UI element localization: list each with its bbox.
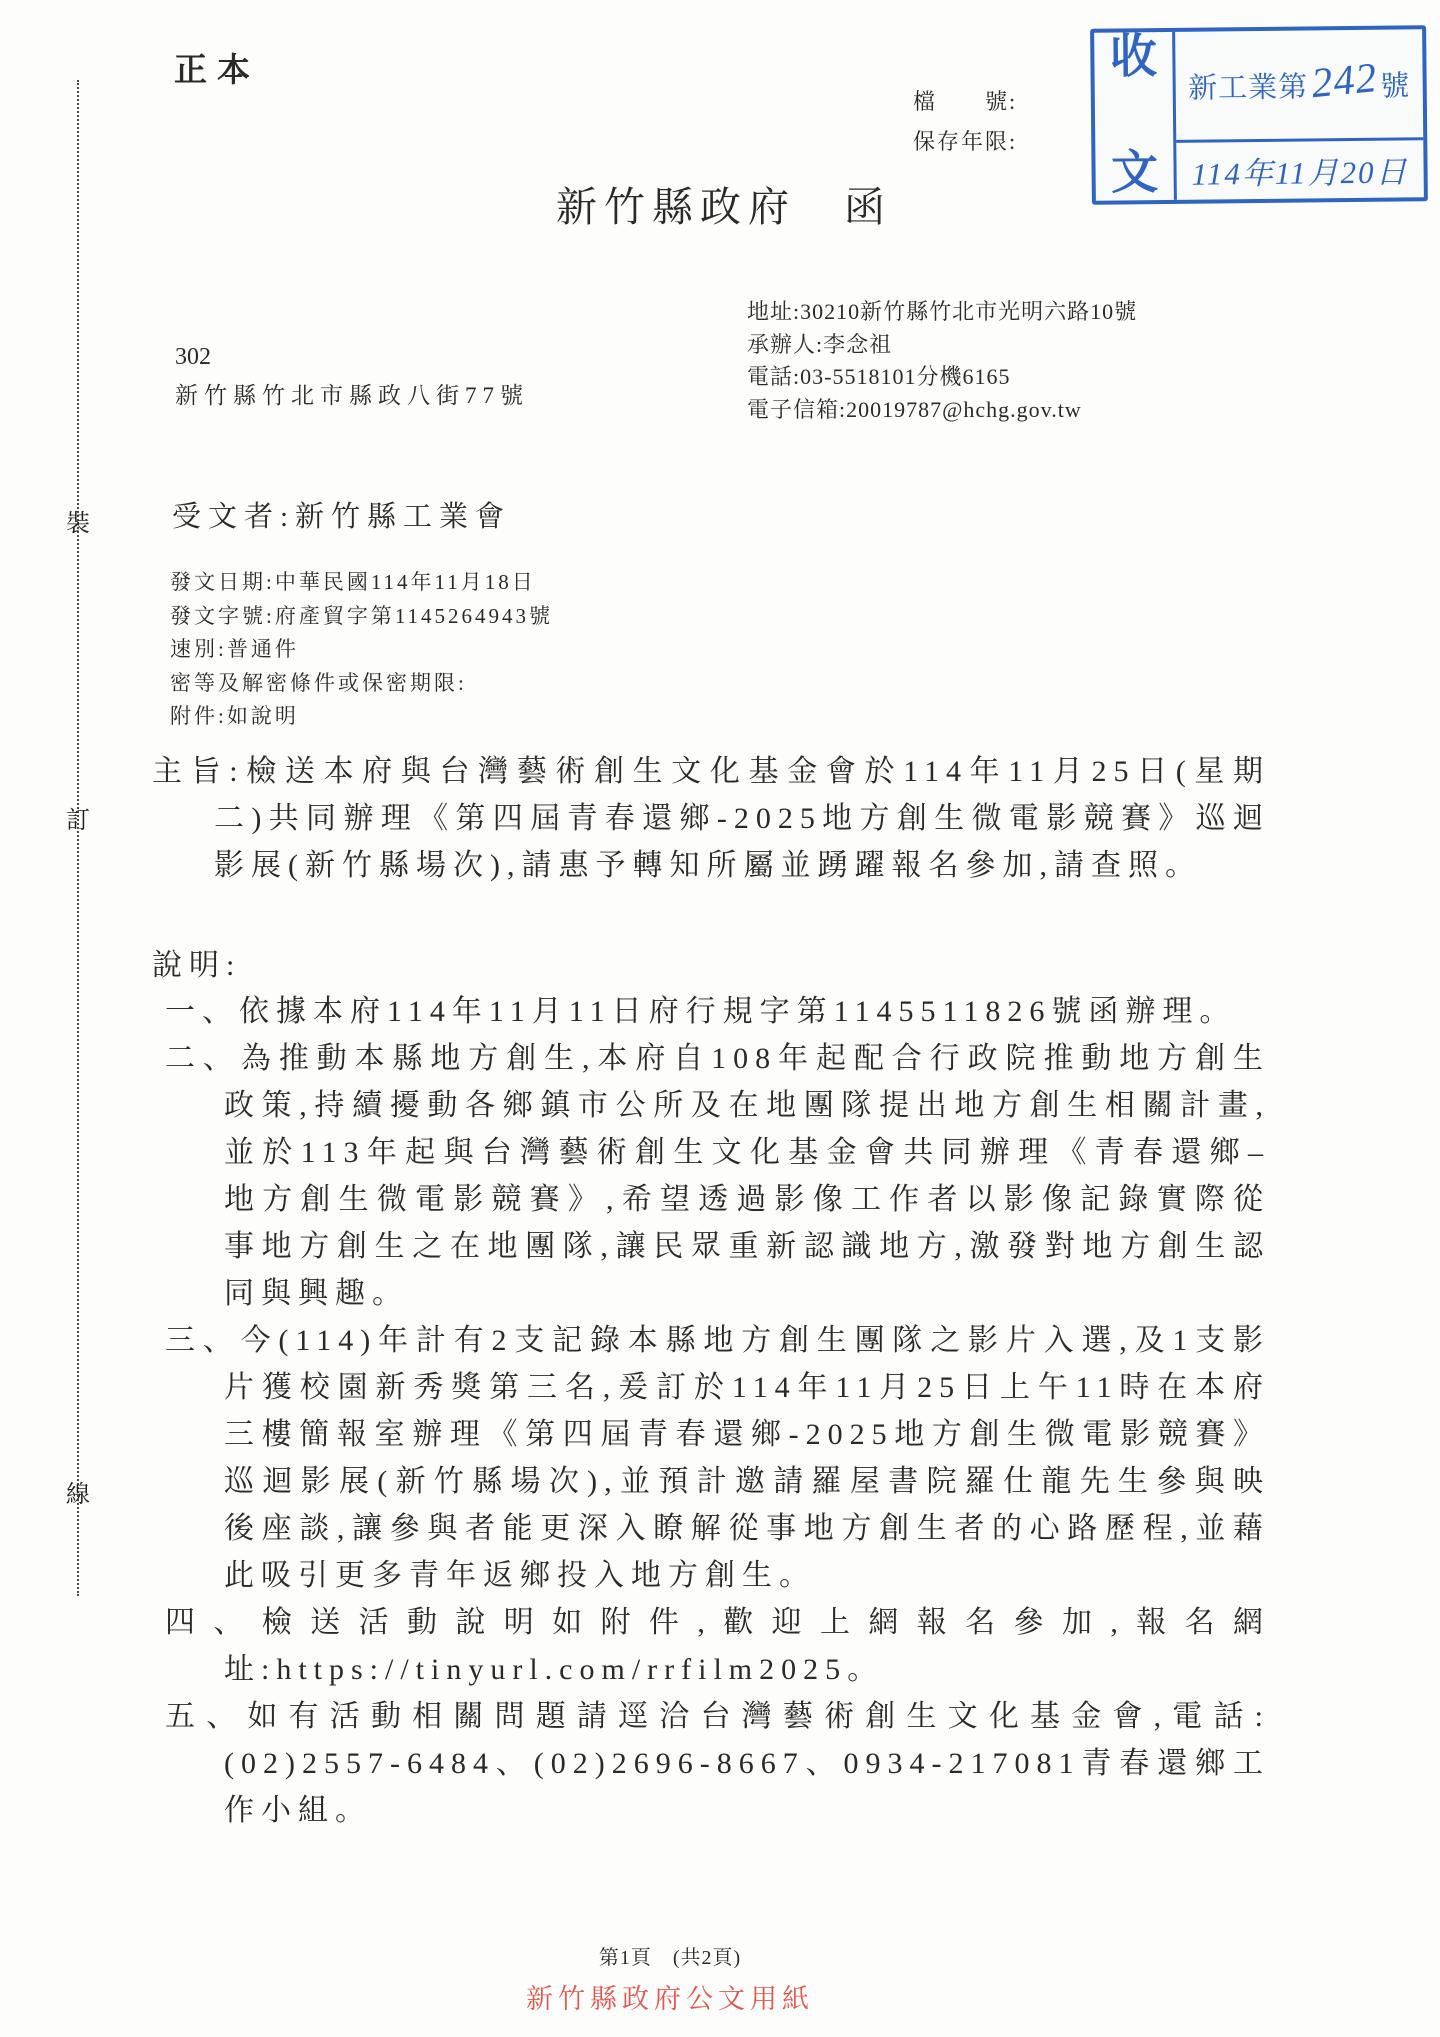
stamp-char-shou: 收 xyxy=(1110,33,1158,83)
binding-mark-ding: 訂 xyxy=(58,800,98,835)
description-item-4: 四、檢送活動說明如附件,歡迎上網報名參加,報名網址:https://tinyur… xyxy=(165,1599,1270,1693)
file-no-label: 檔 號: xyxy=(913,82,1017,122)
item-text: 如有活動相關問題請逕洽台灣藝術創生文化基金會,電話:(02)2557-6484、… xyxy=(224,1700,1270,1827)
meta-attachment: 附件:如說明 xyxy=(170,700,553,734)
item-number: 四、 xyxy=(165,1606,262,1639)
binding-dotted-line xyxy=(77,80,79,1596)
item-number: 五、 xyxy=(165,1700,247,1733)
meta-security: 密等及解密條件或保密期限: xyxy=(170,667,553,701)
meta-speed: 速別:普通件 xyxy=(170,633,553,667)
file-labels: 檔 號: 保存年限: xyxy=(913,82,1017,162)
sender-email: 電子信箱:20019787@hchg.gov.tw xyxy=(747,394,1137,427)
subject-text: 檢送本府與台灣藝術創生文化基金會於114年11月25日(星期二)共同辦理《第四屆… xyxy=(214,755,1270,882)
description-item-1: 一、依據本府114年11月11日府行規字第1145511826號函辦理。 xyxy=(165,988,1270,1035)
stamp-doc-number-prefix: 新工業第 xyxy=(1188,64,1308,106)
stamp-received-date: 114年11月20日 xyxy=(1176,140,1424,199)
subject-label: 主旨: xyxy=(152,755,245,788)
stamp-doc-number: 新工業第 242 號 xyxy=(1175,29,1423,143)
official-document-page: 裝 訂 線 正本 檔 號: 保存年限: 收 文 新工業第 242 號 114年1… xyxy=(0,0,1440,2037)
binding-mark-zhuang: 裝 xyxy=(58,503,98,538)
received-stamp: 收 文 新工業第 242 號 114年11月20日 xyxy=(1090,25,1428,205)
item-text: 今(114)年計有2支記錄本縣地方創生團隊之影片入選,及1支影片獲校園新秀獎第三… xyxy=(224,1324,1270,1592)
description-item-2: 二、為推動本縣地方創生,本府自108年起配合行政院推動地方創生政策,持續擾動各鄉… xyxy=(165,1035,1270,1317)
description-items: 一、依據本府114年11月11日府行規字第1145511826號函辦理。 二、為… xyxy=(165,988,1270,1834)
stamp-char-wen: 文 xyxy=(1111,149,1159,199)
paper-name-footer: 新竹縣政府公文用紙 xyxy=(335,1977,1005,2016)
description-item-5: 五、如有活動相關問題請逕洽台灣藝術創生文化基金會,電話:(02)2557-648… xyxy=(165,1693,1270,1834)
item-text: 檢送活動說明如附件,歡迎上網報名參加,報名網址:https://tinyurl.… xyxy=(224,1606,1270,1686)
item-text: 依據本府114年11月11日府行規字第1145511826號函辦理。 xyxy=(239,995,1236,1028)
received-stamp-fields: 新工業第 242 號 114年11月20日 xyxy=(1175,29,1424,200)
recipient-address: 新竹縣竹北市縣政八街77號 xyxy=(175,377,529,410)
stamp-doc-number-suffix: 號 xyxy=(1380,63,1410,104)
subject-paragraph: 主旨:檢送本府與台灣藝術創生文化基金會於114年11月25日(星期二)共同辦理《… xyxy=(152,748,1270,889)
meta-issue-date: 發文日期:中華民國114年11月18日 xyxy=(170,566,553,600)
stamp-doc-number-handwritten: 242 xyxy=(1309,54,1379,108)
binding-mark-xian: 線 xyxy=(58,1474,98,1509)
copy-type-label: 正本 xyxy=(174,44,260,91)
sender-address: 地址:30210新竹縣竹北市光明六路10號 xyxy=(747,296,1137,329)
item-number: 三、 xyxy=(165,1324,241,1357)
item-number: 一、 xyxy=(165,995,239,1028)
description-label: 說明: xyxy=(152,940,241,984)
meta-doc-number: 發文字號:府產貿字第1145264943號 xyxy=(170,600,553,634)
sender-phone: 電話:03-5518101分機6165 xyxy=(747,361,1137,394)
retention-label: 保存年限: xyxy=(913,122,1017,162)
description-item-3: 三、今(114)年計有2支記錄本縣地方創生團隊之影片入選,及1支影片獲校園新秀獎… xyxy=(165,1317,1270,1599)
recipient-zip: 302 xyxy=(175,344,211,371)
received-stamp-title: 收 文 xyxy=(1094,32,1177,201)
item-number: 二、 xyxy=(165,1042,241,1075)
document-meta-block: 發文日期:中華民國114年11月18日 發文字號:府產貿字第1145264943… xyxy=(170,566,553,734)
sender-contact-person: 承辦人:李念祖 xyxy=(747,329,1137,362)
item-text: 為推動本縣地方創生,本府自108年起配合行政院推動地方創生政策,持續擾動各鄉鎮市… xyxy=(224,1042,1270,1310)
page-number: 第1頁 (共2頁) xyxy=(335,1941,1005,1970)
document-title: 新竹縣政府 函 xyxy=(556,174,892,233)
sender-contact-block: 地址:30210新竹縣竹北市光明六路10號 承辦人:李念祖 電話:03-5518… xyxy=(747,296,1137,426)
recipient-line: 受文者:新竹縣工業會 xyxy=(172,494,511,535)
